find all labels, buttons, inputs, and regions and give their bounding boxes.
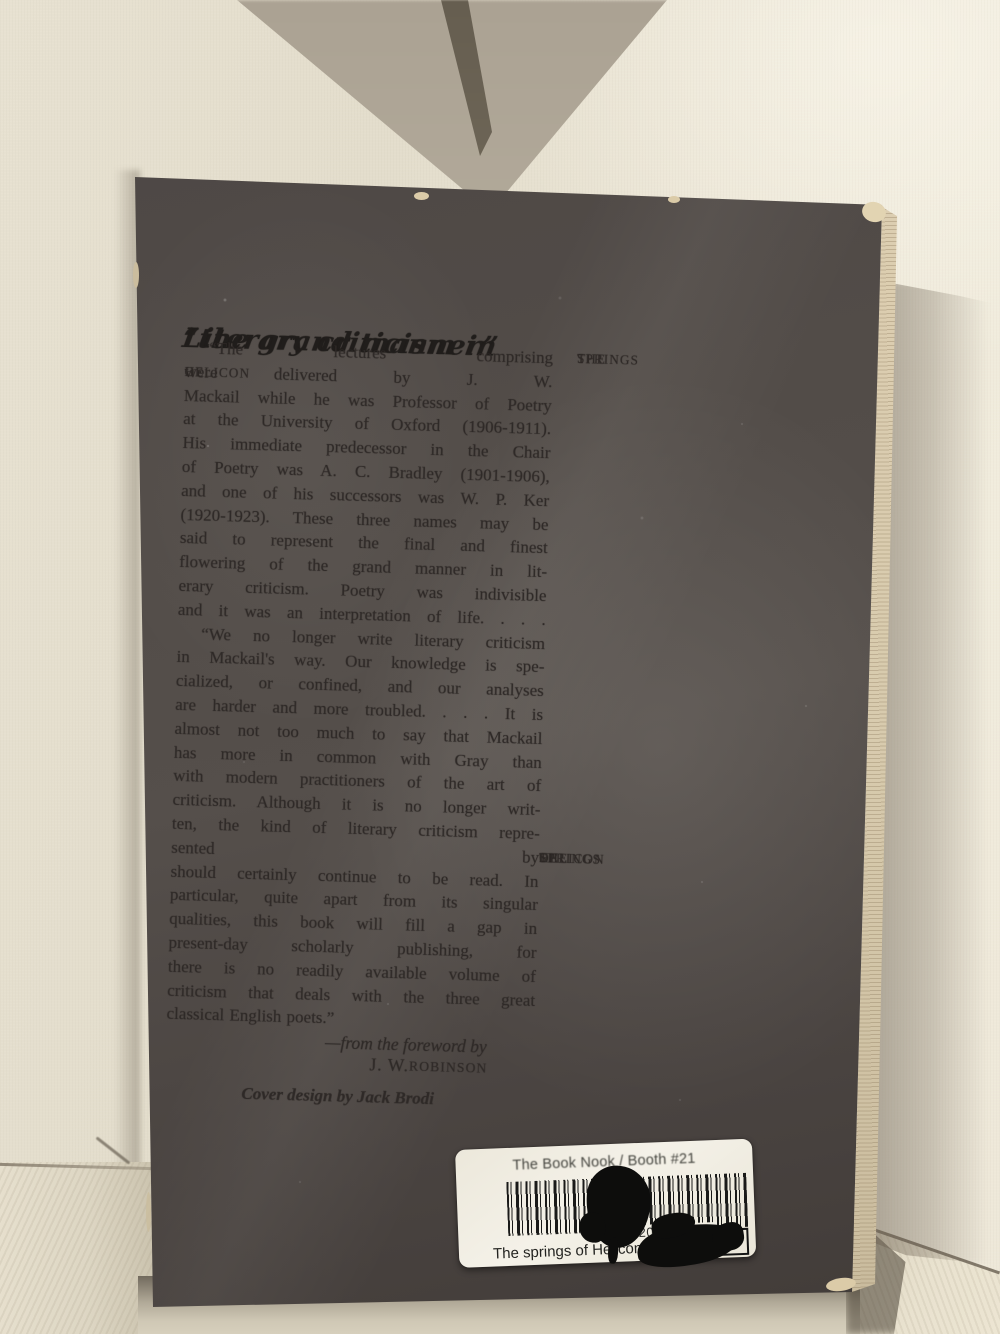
- book-left-shadow: [108, 170, 140, 1175]
- worn-edge-chip: [414, 192, 429, 200]
- cover-paragraph-1: “The lectures comprising THE SPRINGSOF H…: [178, 336, 554, 632]
- book-photo-scene: Literary criticism in “the grand manner”…: [0, 0, 1000, 1334]
- cover-text-block: Literary criticism in “the grand manner”…: [164, 320, 554, 1113]
- cover-paragraph-2: “We no longer write literary criticismin…: [166, 621, 545, 1036]
- worn-edge-chip: [133, 262, 139, 288]
- worn-edge-chip: [668, 196, 680, 203]
- worn-edge-chip: [146, 1192, 151, 1232]
- price-sticker: The Book Nook / Booth #21 DB1201 175015 …: [455, 1139, 756, 1268]
